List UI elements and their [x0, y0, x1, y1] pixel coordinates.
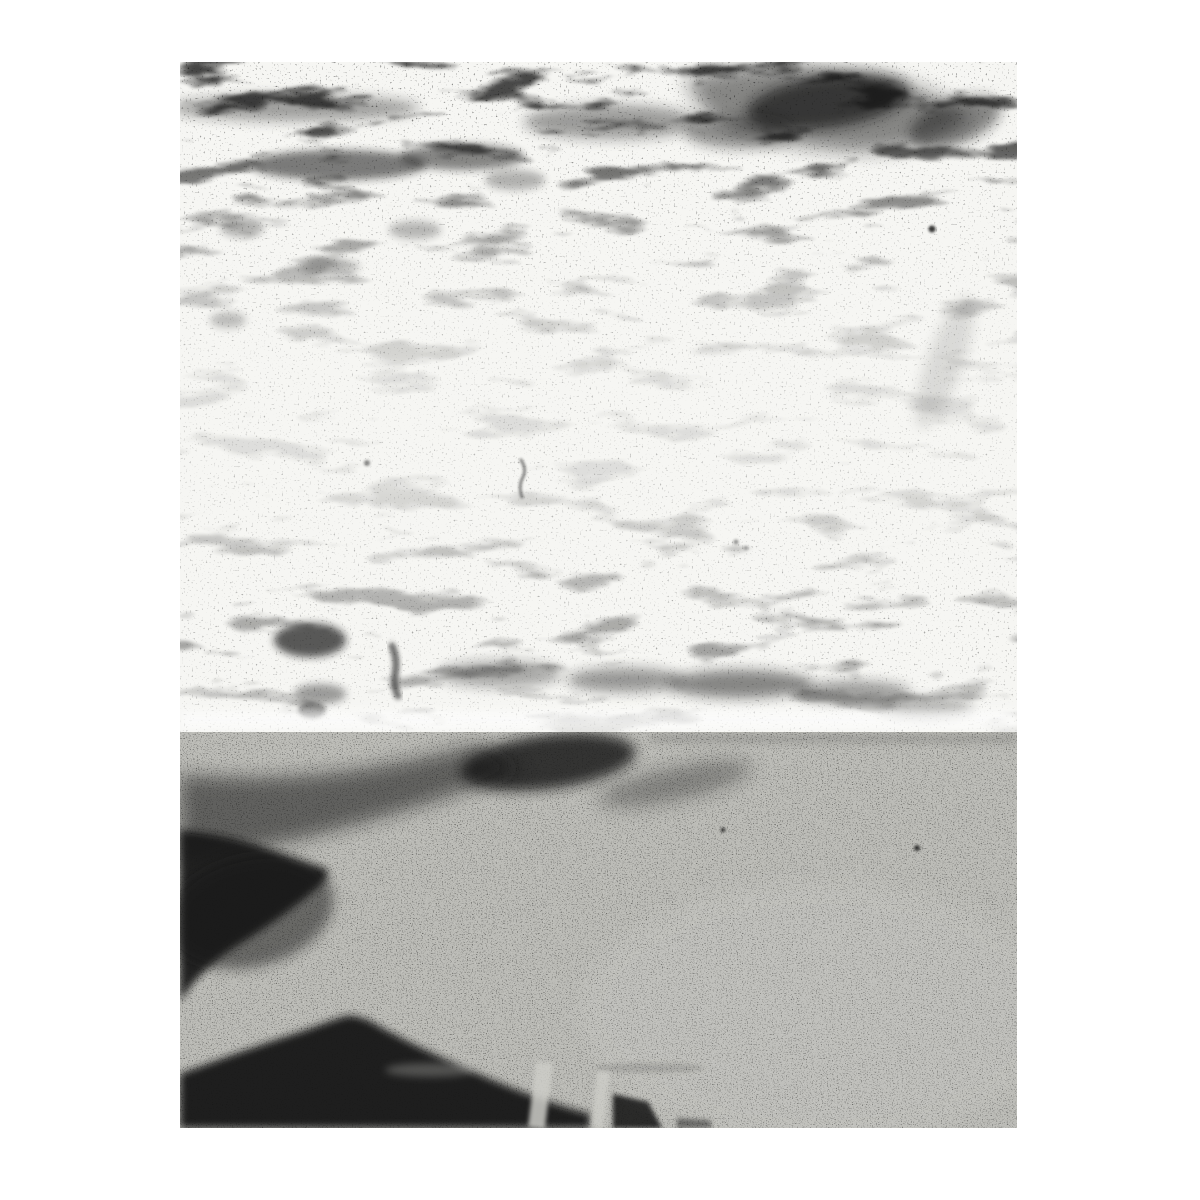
top-photo-panel: [180, 62, 1017, 732]
dark-speck: [721, 828, 726, 833]
seam-shadow: [650, 734, 1017, 743]
light-strip-above-seam: [180, 710, 1017, 730]
dark-speck: [929, 226, 936, 233]
artwork-canvas: [180, 62, 1017, 1128]
bottom-photo-panel: [180, 724, 1017, 1128]
page-background: [0, 0, 1200, 1200]
artwork-print: [180, 62, 1017, 1128]
dark-speck: [914, 845, 920, 851]
